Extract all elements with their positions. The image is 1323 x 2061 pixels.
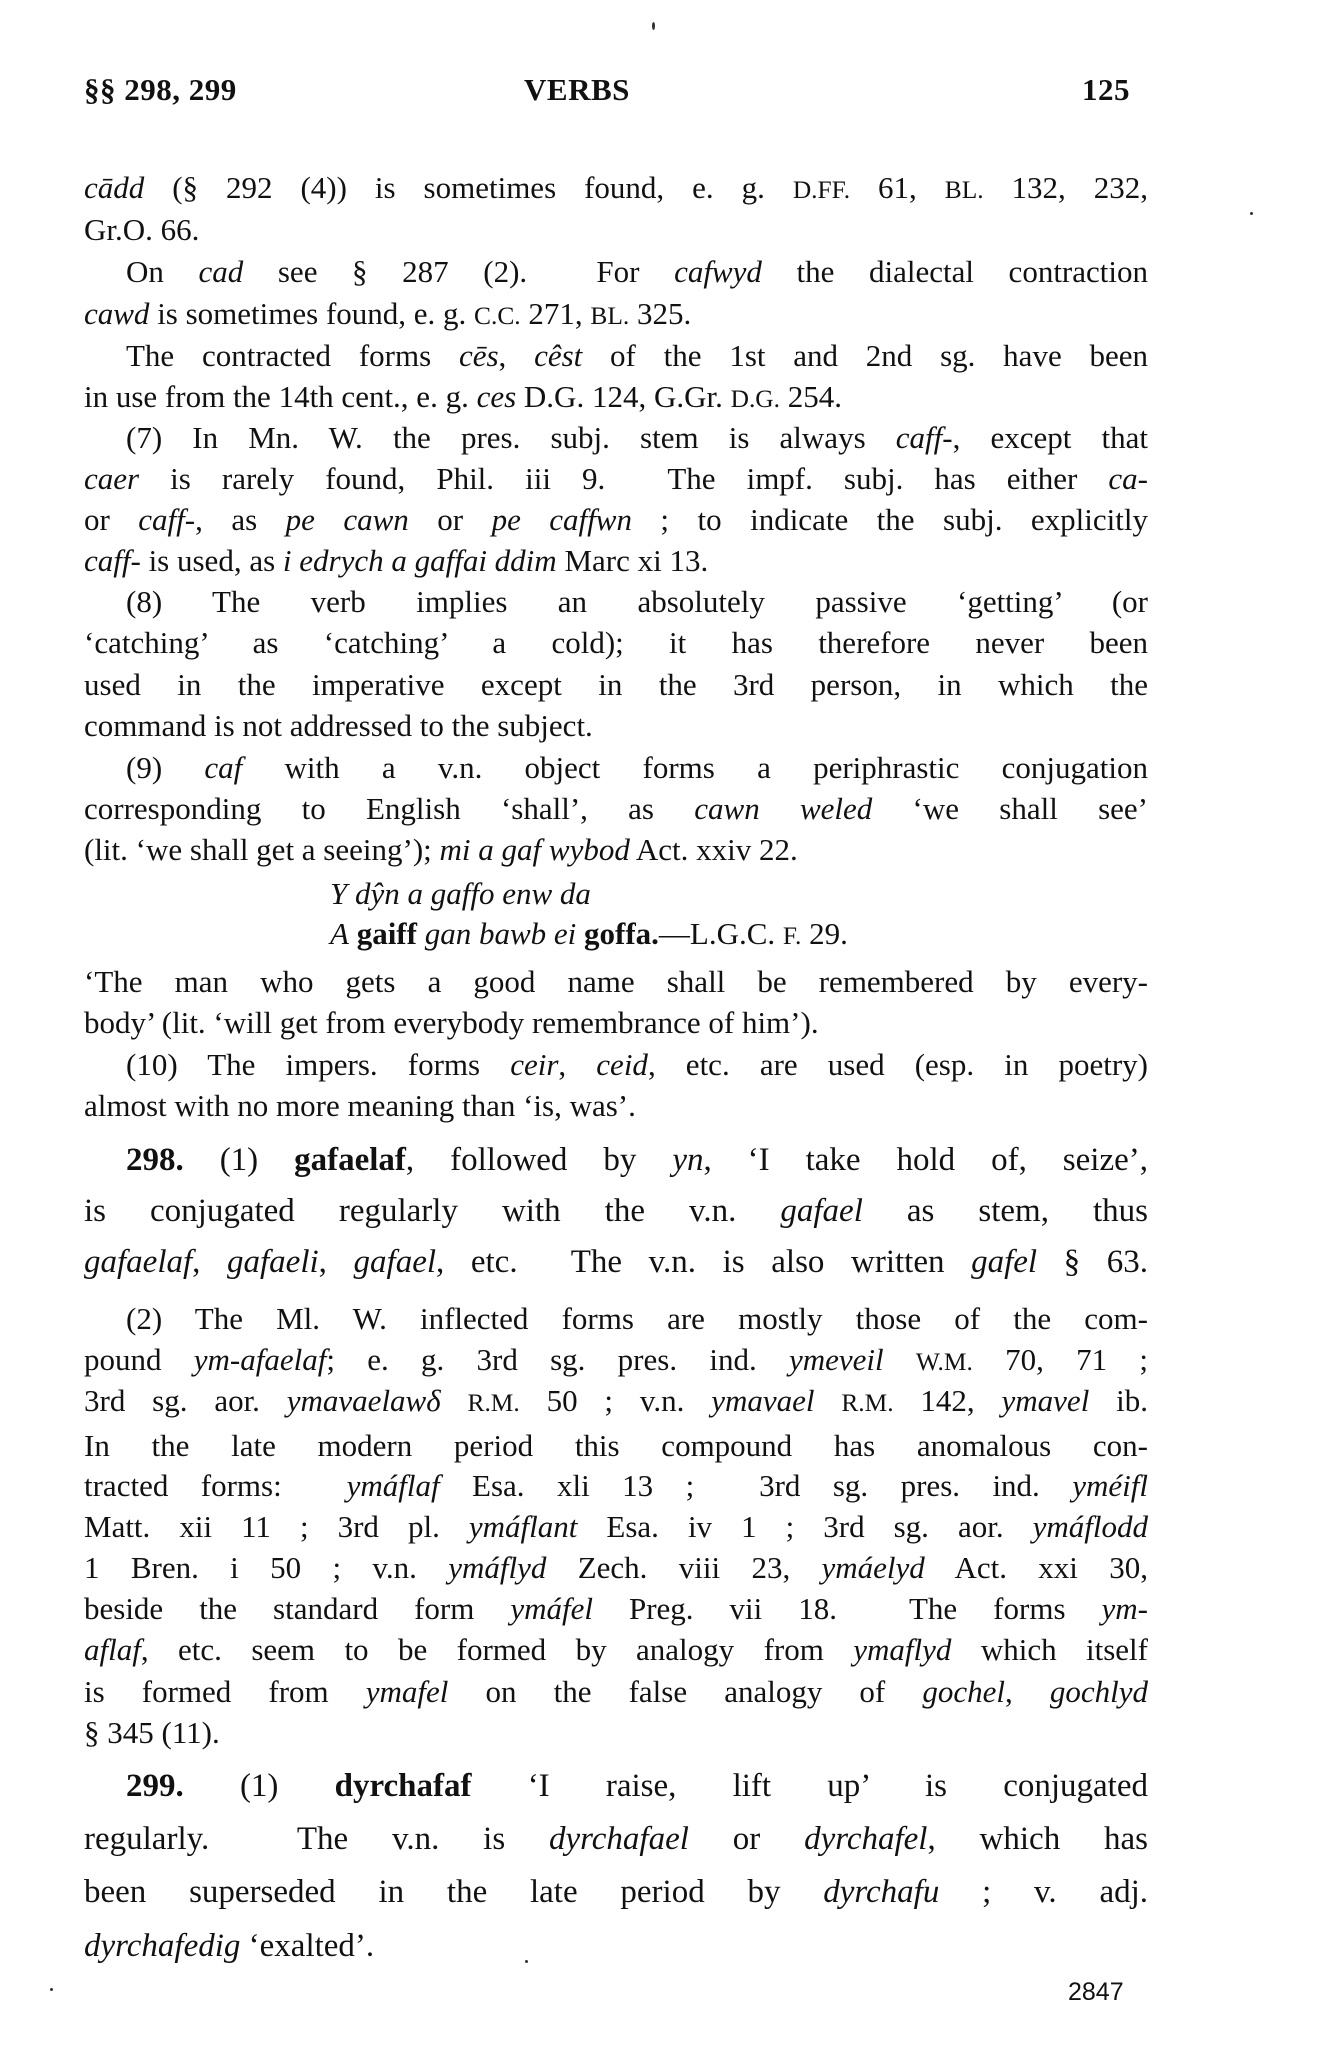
text-line: gafaelaf, gafaeli, gafael, etc. The v.n.… [84, 1242, 1148, 1282]
text-line: § 345 (11). [84, 1713, 1148, 1753]
text-line: (2) The Ml. W. inflected forms are mostl… [84, 1299, 1148, 1339]
text-line: used in the imperative except in the 3rd… [84, 665, 1148, 705]
running-head-section-ref: §§ 298, 299 [84, 72, 237, 108]
text-line: been superseded in the late period by dy… [84, 1872, 1148, 1912]
text-line: corresponding to English ‘shall’, as caw… [84, 789, 1148, 829]
text-line: caff- is used, as i edrych a gaffai ddim… [84, 541, 1148, 581]
text-line: (9) caf with a v.n. object forms a perip… [84, 748, 1148, 788]
scan-speck [652, 22, 655, 30]
scan-speck [50, 1988, 53, 1991]
text-line: The contracted forms cēs, cêst of the 1s… [84, 336, 1148, 376]
poem-line: A gaiff gan bawb ei goffa.—L.G.C. F. 29. [330, 914, 848, 956]
running-head-title: VERBS [524, 72, 630, 108]
text-line: dyrchafedig ‘exalted’. [84, 1926, 1148, 1966]
text-line: Gr.O. 66. [84, 210, 1148, 250]
text-line: 3rd sg. aor. ymavaelawδ R.M. 50 ; v.n. y… [84, 1381, 1148, 1421]
text-line: tracted forms: ymáflaf Esa. xli 13 ; 3rd… [84, 1466, 1148, 1506]
text-line: In the late modern period this compound … [84, 1426, 1148, 1466]
text-line: regularly. The v.n. is dyrchafael or dyr… [84, 1819, 1148, 1859]
text-line: cawd is sometimes found, e. g. C.C. 271,… [84, 294, 1148, 334]
text-line: body’ (lit. ‘will get from everybody rem… [84, 1003, 1148, 1043]
text-line: (lit. ‘we shall get a seeing’); mi a gaf… [84, 830, 1148, 870]
text-line: cādd (§ 292 (4)) is sometimes found, e. … [84, 168, 1148, 208]
text-line: ‘The man who gets a good name shall be r… [84, 962, 1148, 1002]
section-299-heading-line: 299. (1) dyrchafaf ‘I raise, lift up’ is… [84, 1766, 1148, 1806]
section-298-heading-line: 298. (1) gafaelaf, followed by yn, ‘I ta… [84, 1140, 1148, 1180]
book-page: §§ 298, 299 VERBS 125 cādd (§ 292 (4)) i… [0, 0, 1323, 2061]
text-line: (10) The impers. forms ceir, ceid, etc. … [84, 1045, 1148, 1085]
text-line: or caff-, as pe cawn or pe caffwn ; to i… [84, 500, 1148, 540]
text-line: beside the standard form ymáfel Preg. vi… [84, 1589, 1148, 1629]
text-line: Matt. xii 11 ; 3rd pl. ymáflant Esa. iv … [84, 1507, 1148, 1547]
text-line: is formed from ymafel on the false analo… [84, 1672, 1148, 1712]
text-line: in use from the 14th cent., e. g. ces D.… [84, 377, 1148, 417]
text-line: pound ym-afaelaf; e. g. 3rd sg. pres. in… [84, 1340, 1148, 1380]
text-line: ‘catching’ as ‘catching’ a cold); it has… [84, 623, 1148, 663]
text-line: (7) In Mn. W. the pres. subj. stem is al… [84, 418, 1148, 458]
text-line: On cad see § 287 (2). For cafwyd the dia… [84, 252, 1148, 292]
text-line: caer is rarely found, Phil. iii 9. The i… [84, 459, 1148, 499]
page-number: 125 [1082, 72, 1130, 108]
scan-speck [525, 1960, 528, 1963]
text-line: aflaf, etc. seem to be formed by analogy… [84, 1630, 1148, 1670]
scan-speck [1250, 212, 1253, 215]
text-line: (8) The verb implies an absolutely passi… [84, 582, 1148, 622]
scan-number: 2847 [1068, 1978, 1124, 2007]
text-line: 1 Bren. i 50 ; v.n. ymáflyd Zech. viii 2… [84, 1548, 1148, 1588]
text-line: almost with no more meaning than ‘is, wa… [84, 1086, 1148, 1126]
text-line: command is not addressed to the subject. [84, 706, 1148, 746]
text-line: is conjugated regularly with the v.n. ga… [84, 1191, 1148, 1231]
poem-line: Y dŷn a gaffo enw da [330, 874, 591, 914]
